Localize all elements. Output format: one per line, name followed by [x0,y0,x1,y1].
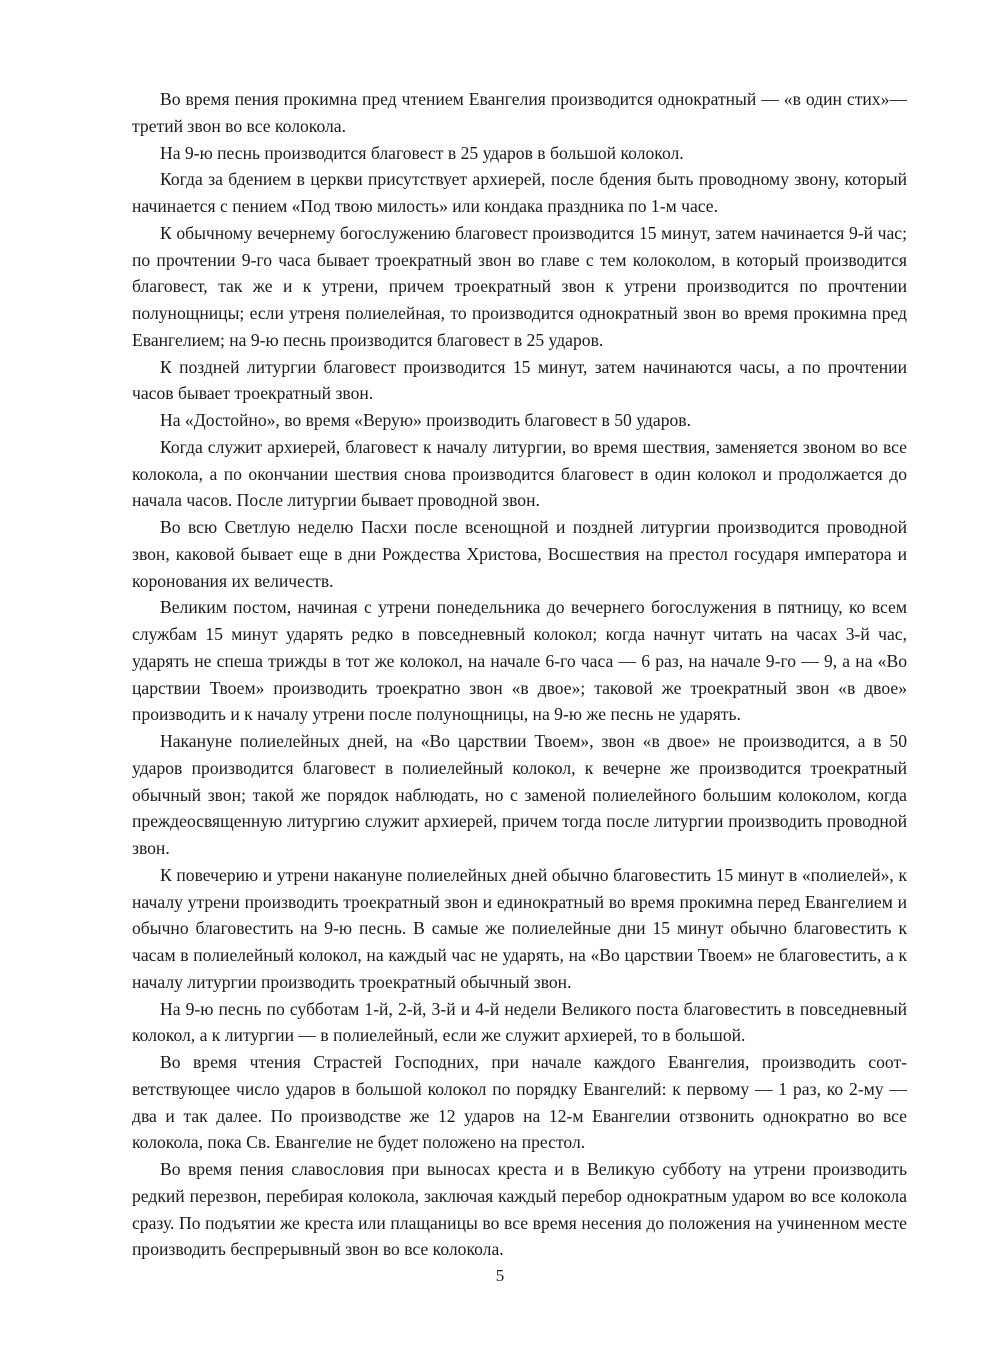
paragraph: На 9-ю песнь производится благовест в 25… [132,140,907,167]
paragraph: К поздней литургии благовест производитс… [132,354,907,408]
page-number: 5 [0,1266,1000,1286]
paragraph: Когда служит архиерей, благовест к начал… [132,434,907,514]
paragraph: На 9-ю песнь по субботам 1-й, 2-й, 3-й и… [132,996,907,1050]
paragraph: Во время чтения Страстей Господних, при … [132,1049,907,1156]
paragraph: На «Достойно», во время «Верую» производ… [132,407,907,434]
paragraph: К повечерию и утрени накануне полиелейны… [132,862,907,996]
paragraph: Когда за бдением в церкви присутствует а… [132,166,907,220]
paragraph: К обычному вечернему богослужению благов… [132,220,907,354]
paragraph: Накануне полиелейных дней, на «Во царств… [132,728,907,862]
paragraph: Во всю Светлую неделю Пасхи после всенощ… [132,514,907,594]
document-body: Во время пения прокимна пред чтением Ева… [132,86,907,1263]
paragraph: Во время пения славословия при выносах к… [132,1156,907,1263]
paragraph: Во время пения прокимна пред чтением Ева… [132,86,907,140]
paragraph: Великим постом, начиная с утрени понедел… [132,594,907,728]
